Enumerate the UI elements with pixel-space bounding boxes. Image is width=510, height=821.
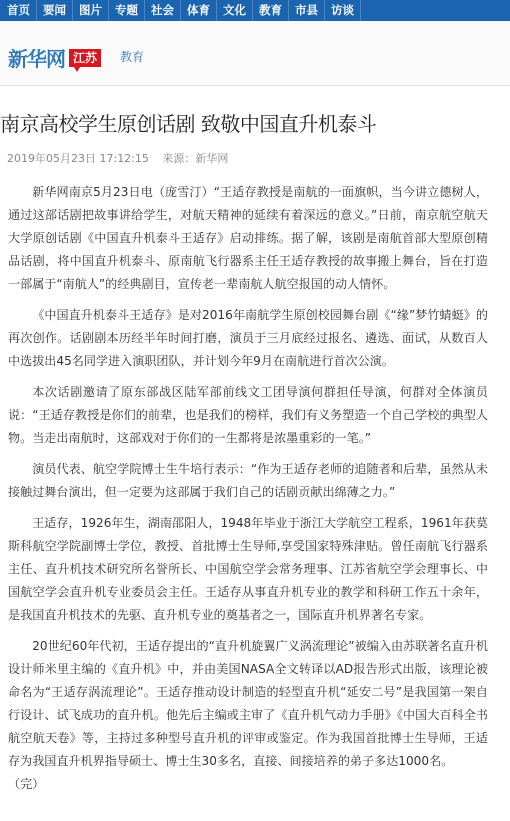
region-badge: 江苏: [69, 49, 101, 67]
nav-item-home[interactable]: 首页: [6, 0, 37, 21]
logo-text: 新华网: [8, 43, 65, 72]
nav-item-education[interactable]: 教育: [253, 0, 289, 21]
publish-datetime: 2019年05月23日 17:12:15: [7, 152, 149, 165]
paragraph: 王适存，1926年生，湖南邵阳人，1948年毕业于浙江大学航空工程系，1961年…: [8, 512, 488, 627]
top-navigation: 首页 要闻 图片 专题 社会 体育 文化 教育 市县 访谈: [0, 0, 510, 21]
nav-item-photos[interactable]: 图片: [73, 0, 109, 21]
paragraph: 20世纪60年代初，王适存提出的“直升机旋翼广义涡流理论”被编入由苏联著名直升机…: [8, 635, 488, 773]
paragraph: 《中国直升机泰斗王适存》是对2016年南航学生原创校园舞台剧《“缘”梦竹蜻蜓》的…: [8, 304, 488, 373]
article-source: 来源：新华网: [162, 152, 228, 165]
nav-item-society[interactable]: 社会: [145, 0, 181, 21]
article-body: 新华网南京5月23日电（庞雪汀）“王适存教授是南航的一面旗帜，当今讲立德树人，通…: [8, 181, 488, 796]
nav-item-news[interactable]: 要闻: [37, 0, 73, 21]
nav-item-interviews[interactable]: 访谈: [325, 0, 361, 21]
nav-item-topics[interactable]: 专题: [109, 0, 145, 21]
article-meta: 2019年05月23日 17:12:15 来源：新华网: [7, 150, 228, 166]
paragraph: 新华网南京5月23日电（庞雪汀）“王适存教授是南航的一面旗帜，当今讲立德树人，通…: [8, 181, 488, 296]
site-logo[interactable]: 新华网 江苏: [8, 43, 101, 72]
nav-item-counties[interactable]: 市县: [289, 0, 325, 21]
paragraph: 演员代表、航空学院博士生牛培行表示：“作为王适存老师的追随者和后辈，虽然从未接触…: [8, 458, 488, 504]
site-header: 新华网 江苏 教育: [0, 21, 510, 86]
end-mark: （完）: [8, 773, 488, 796]
paragraph: 本次话剧邀请了原东部战区陆军部前线文工团导演何群担任导演，何群对全体演员说：“王…: [8, 381, 488, 450]
nav-item-culture[interactable]: 文化: [217, 0, 253, 21]
nav-item-sports[interactable]: 体育: [181, 0, 217, 21]
channel-link[interactable]: 教育: [120, 48, 144, 65]
article-title: 南京高校学生原创话剧 致敬中国直升机泰斗: [0, 108, 376, 137]
